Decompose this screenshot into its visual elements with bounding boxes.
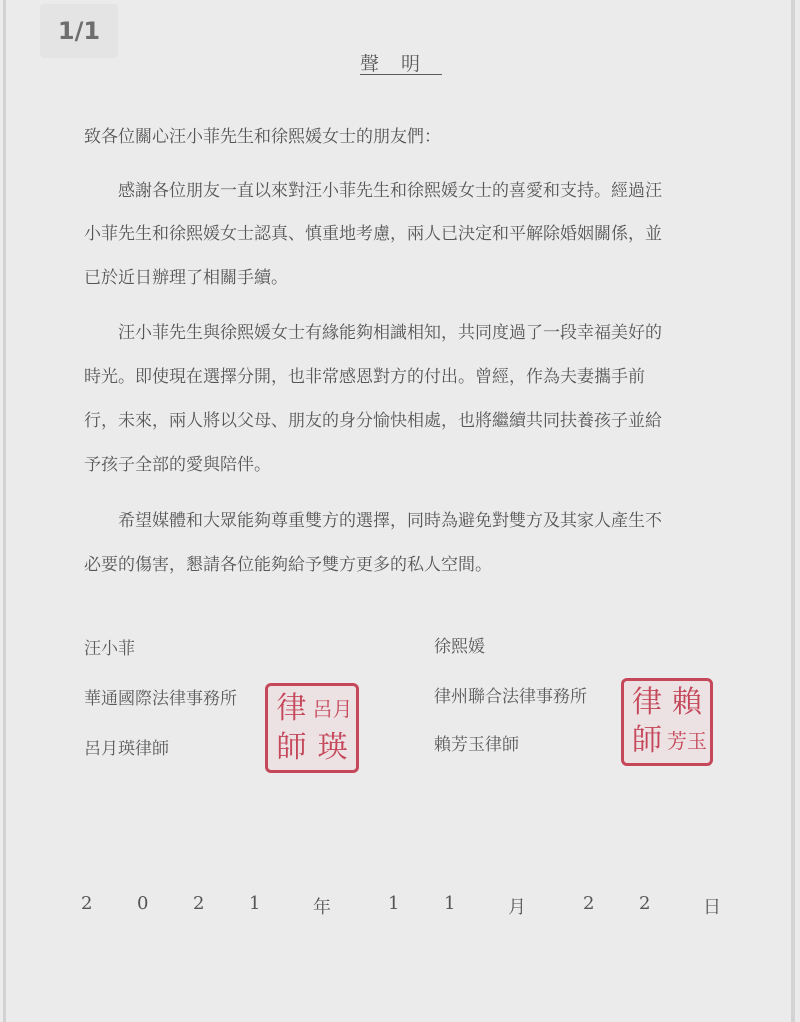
date-digit: 2 (193, 893, 204, 914)
seal-stamp-1: 律 呂月 師 瑛 (265, 683, 359, 773)
page-edge-right (791, 0, 795, 1022)
date-digit: 1 (444, 893, 455, 914)
seal-1-char-3: 師 (271, 728, 312, 767)
paragraph-2-line-2: 時光。即使現在選擇分開，也非常感恩對方的付出。曾經，作為夫妻攜手前 (84, 362, 645, 387)
seal-2-char-4: 芳玉 (667, 722, 707, 760)
paragraph-1-line-2: 小菲先生和徐熙媛女士認真、慎重地考慮，兩人已決定和平解除婚姻關係，並 (84, 219, 662, 244)
signatory-1-lawyer: 呂月瑛律師 (84, 734, 169, 759)
seal-1-char-2: 呂月 (312, 689, 353, 728)
seal-2-char-2: 賴 (667, 684, 707, 722)
signatory-2-lawyer: 賴芳玉律師 (434, 730, 519, 755)
paragraph-1-line-1: 感謝各位朋友一直以來對汪小菲先生和徐熙媛女士的喜愛和支持。經過汪 (118, 176, 662, 201)
signatory-2-firm: 律州聯合法律事務所 (434, 682, 587, 707)
paragraph-3-line-2: 必要的傷害，懇請各位能夠給予雙方更多的私人空間。 (84, 550, 492, 575)
date-digit: 0 (137, 893, 148, 914)
seal-stamp-2: 律 賴 師 芳玉 (621, 678, 713, 766)
paragraph-3-line-1: 希望媒體和大眾能夠尊重雙方的選擇，同時為避免對雙方及其家人產生不 (118, 506, 662, 531)
paragraph-1-line-3: 已於近日辦理了相關手續。 (84, 263, 288, 288)
date-year-char: 年 (313, 893, 331, 919)
paragraph-2-line-1: 汪小菲先生與徐熙媛女士有緣能夠相識相知，共同度過了一段幸福美好的 (118, 318, 662, 343)
date-digit: 1 (249, 893, 260, 914)
date-digit: 2 (81, 893, 92, 914)
signatory-1-name: 汪小菲 (84, 634, 135, 659)
paragraph-2-line-4: 予孩子全部的愛與陪伴。 (84, 450, 271, 475)
seal-1-char-4: 瑛 (312, 728, 353, 767)
salutation: 致各位關心汪小菲先生和徐熙媛女士的朋友們： (84, 122, 441, 147)
seal-1-char-1: 律 (271, 689, 312, 728)
page-edge-left (3, 0, 6, 1022)
seal-2-char-3: 師 (627, 722, 667, 760)
document-title: 聲明 (360, 49, 442, 76)
seal-2-char-1: 律 (627, 684, 667, 722)
date-day-char: 日 (703, 893, 721, 919)
paragraph-2-line-3: 行，未來，兩人將以父母、朋友的身分愉快相處，也將繼續共同扶養孩子並給 (84, 406, 662, 431)
date-digit: 2 (583, 893, 594, 914)
date-digit: 1 (388, 893, 399, 914)
date-month-char: 月 (508, 893, 526, 919)
page-indicator: 1/1 (40, 4, 118, 58)
signatory-1-firm: 華通國際法律事務所 (84, 684, 237, 709)
signatory-2-name: 徐熙媛 (434, 632, 485, 657)
date-digit: 2 (639, 893, 650, 914)
